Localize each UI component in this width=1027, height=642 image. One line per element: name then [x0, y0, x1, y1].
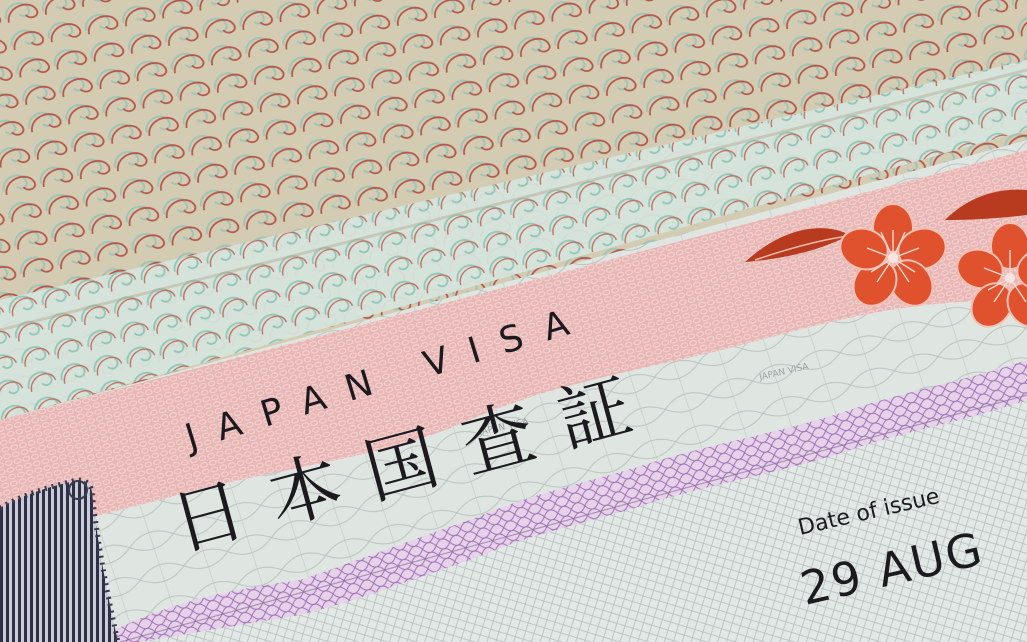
- visa-illustration: JAPAN VISA JAPAN VISA JAPAN VISA 日本国査証 D…: [0, 0, 1027, 642]
- visa-photo: JAPAN VISA JAPAN VISA JAPAN VISA 日本国査証 D…: [0, 0, 1027, 642]
